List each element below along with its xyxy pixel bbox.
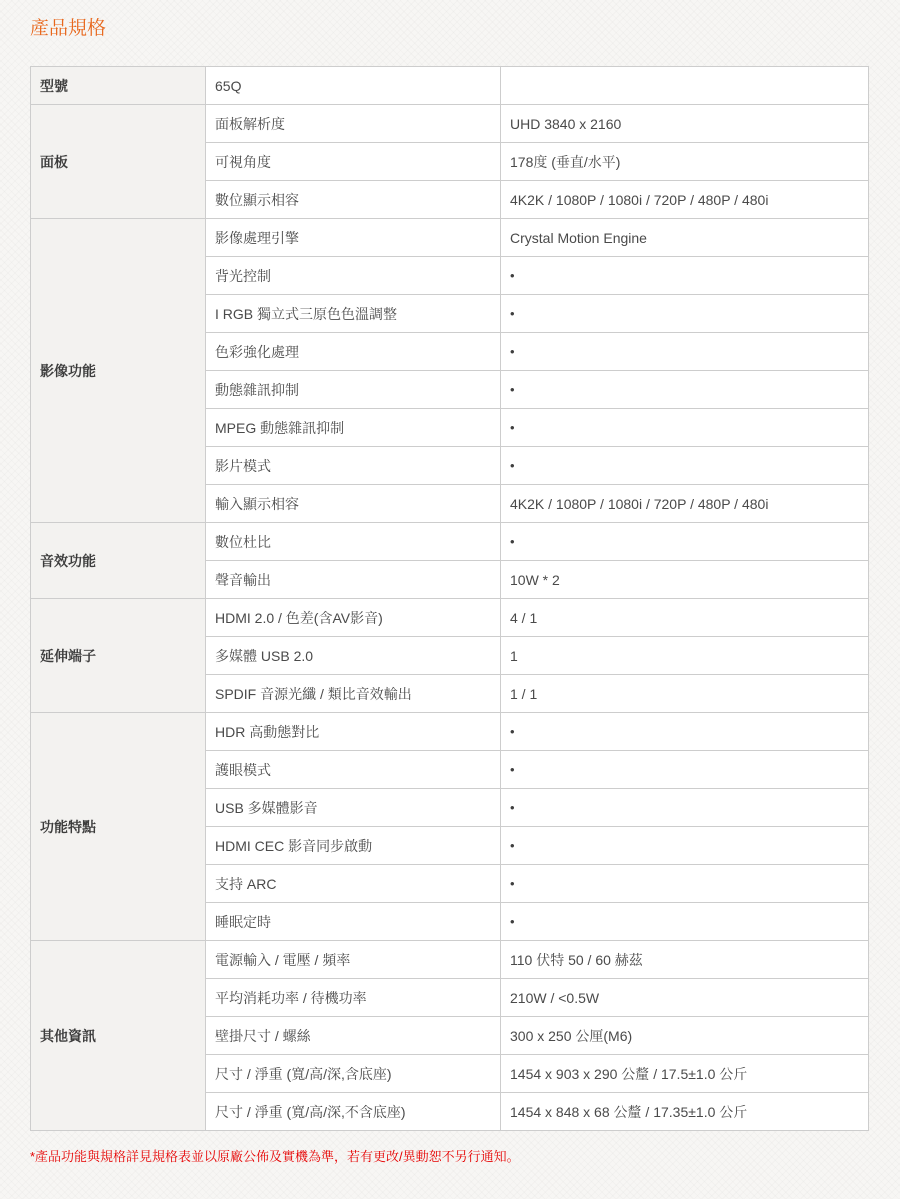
feature-value: • <box>501 865 869 903</box>
feature-label: 電源輸入 / 電壓 / 頻率 <box>206 941 501 979</box>
feature-value: • <box>501 789 869 827</box>
spec-page: 產品規格 型號65Q面板面板解析度UHD 3840 x 2160可視角度178度… <box>0 0 900 1166</box>
feature-value: • <box>501 295 869 333</box>
feature-label: 數位顯示相容 <box>206 181 501 219</box>
feature-value: Crystal Motion Engine <box>501 219 869 257</box>
feature-value: • <box>501 371 869 409</box>
feature-value: 178度 (垂直/水平) <box>501 143 869 181</box>
group-label: 功能特點 <box>31 713 206 941</box>
table-row: 功能特點HDR 高動態對比• <box>31 713 869 751</box>
spec-table-body: 型號65Q面板面板解析度UHD 3840 x 2160可視角度178度 (垂直/… <box>31 67 869 1131</box>
feature-label: 面板解析度 <box>206 105 501 143</box>
table-row: 面板面板解析度UHD 3840 x 2160 <box>31 105 869 143</box>
feature-label: 色彩強化處理 <box>206 333 501 371</box>
feature-label: SPDIF 音源光纖 / 類比音效輸出 <box>206 675 501 713</box>
feature-label: 輸入顯示相容 <box>206 485 501 523</box>
feature-value: 1 / 1 <box>501 675 869 713</box>
table-row: 音效功能數位杜比• <box>31 523 869 561</box>
feature-label: 尺寸 / 淨重 (寬/高/深,含底座) <box>206 1055 501 1093</box>
feature-value: UHD 3840 x 2160 <box>501 105 869 143</box>
feature-label: 可視角度 <box>206 143 501 181</box>
group-label: 延伸端子 <box>31 599 206 713</box>
feature-value: • <box>501 827 869 865</box>
feature-value: 1454 x 903 x 290 公釐 / 17.5±1.0 公斤 <box>501 1055 869 1093</box>
feature-label: 多媒體 USB 2.0 <box>206 637 501 675</box>
feature-label: 動態雜訊抑制 <box>206 371 501 409</box>
feature-value: • <box>501 409 869 447</box>
spec-table: 型號65Q面板面板解析度UHD 3840 x 2160可視角度178度 (垂直/… <box>30 66 869 1131</box>
feature-label: 背光控制 <box>206 257 501 295</box>
feature-value: • <box>501 447 869 485</box>
feature-value: • <box>501 333 869 371</box>
feature-value: • <box>501 903 869 941</box>
table-row: 其他資訊電源輸入 / 電壓 / 頻率110 伏特 50 / 60 赫茲 <box>31 941 869 979</box>
feature-value: 4 / 1 <box>501 599 869 637</box>
feature-label: 影片模式 <box>206 447 501 485</box>
feature-label: 聲音輸出 <box>206 561 501 599</box>
table-row: 延伸端子HDMI 2.0 / 色差(含AV影音)4 / 1 <box>31 599 869 637</box>
feature-value <box>501 67 869 105</box>
feature-label: 數位杜比 <box>206 523 501 561</box>
feature-label: 壁掛尺寸 / 螺絲 <box>206 1017 501 1055</box>
feature-value: 4K2K / 1080P / 1080i / 720P / 480P / 480… <box>501 485 869 523</box>
page-title: 產品規格 <box>30 16 868 42</box>
feature-label: 尺寸 / 淨重 (寬/高/深,不含底座) <box>206 1093 501 1131</box>
feature-value: • <box>501 257 869 295</box>
feature-label: 影像處理引擎 <box>206 219 501 257</box>
feature-label: 支持 ARC <box>206 865 501 903</box>
feature-label: HDR 高動態對比 <box>206 713 501 751</box>
feature-label: 睡眠定時 <box>206 903 501 941</box>
feature-label: 65Q <box>206 67 501 105</box>
feature-value: 300 x 250 公厘(M6) <box>501 1017 869 1055</box>
feature-value: • <box>501 523 869 561</box>
feature-value: • <box>501 751 869 789</box>
feature-label: USB 多媒體影音 <box>206 789 501 827</box>
group-label: 音效功能 <box>31 523 206 599</box>
feature-label: HDMI 2.0 / 色差(含AV影音) <box>206 599 501 637</box>
feature-value: 110 伏特 50 / 60 赫茲 <box>501 941 869 979</box>
group-label: 面板 <box>31 105 206 219</box>
feature-value: 4K2K / 1080P / 1080i / 720P / 480P / 480… <box>501 181 869 219</box>
feature-value: 1454 x 848 x 68 公釐 / 17.35±1.0 公斤 <box>501 1093 869 1131</box>
table-row: 型號65Q <box>31 67 869 105</box>
feature-value: • <box>501 713 869 751</box>
feature-label: 平均消耗功率 / 待機功率 <box>206 979 501 1017</box>
group-label: 型號 <box>31 67 206 105</box>
feature-value: 210W / <0.5W <box>501 979 869 1017</box>
feature-label: HDMI CEC 影音同步啟動 <box>206 827 501 865</box>
table-row: 影像功能影像處理引擎Crystal Motion Engine <box>31 219 869 257</box>
disclaimer-note: *產品功能與規格詳見規格表並以原廠公佈及實機為準，若有更改/異動恕不另行通知。 <box>30 1148 868 1166</box>
feature-label: MPEG 動態雜訊抑制 <box>206 409 501 447</box>
feature-value: 10W * 2 <box>501 561 869 599</box>
feature-label: I RGB 獨立式三原色色溫調整 <box>206 295 501 333</box>
group-label: 其他資訊 <box>31 941 206 1131</box>
feature-value: 1 <box>501 637 869 675</box>
feature-label: 護眼模式 <box>206 751 501 789</box>
group-label: 影像功能 <box>31 219 206 523</box>
